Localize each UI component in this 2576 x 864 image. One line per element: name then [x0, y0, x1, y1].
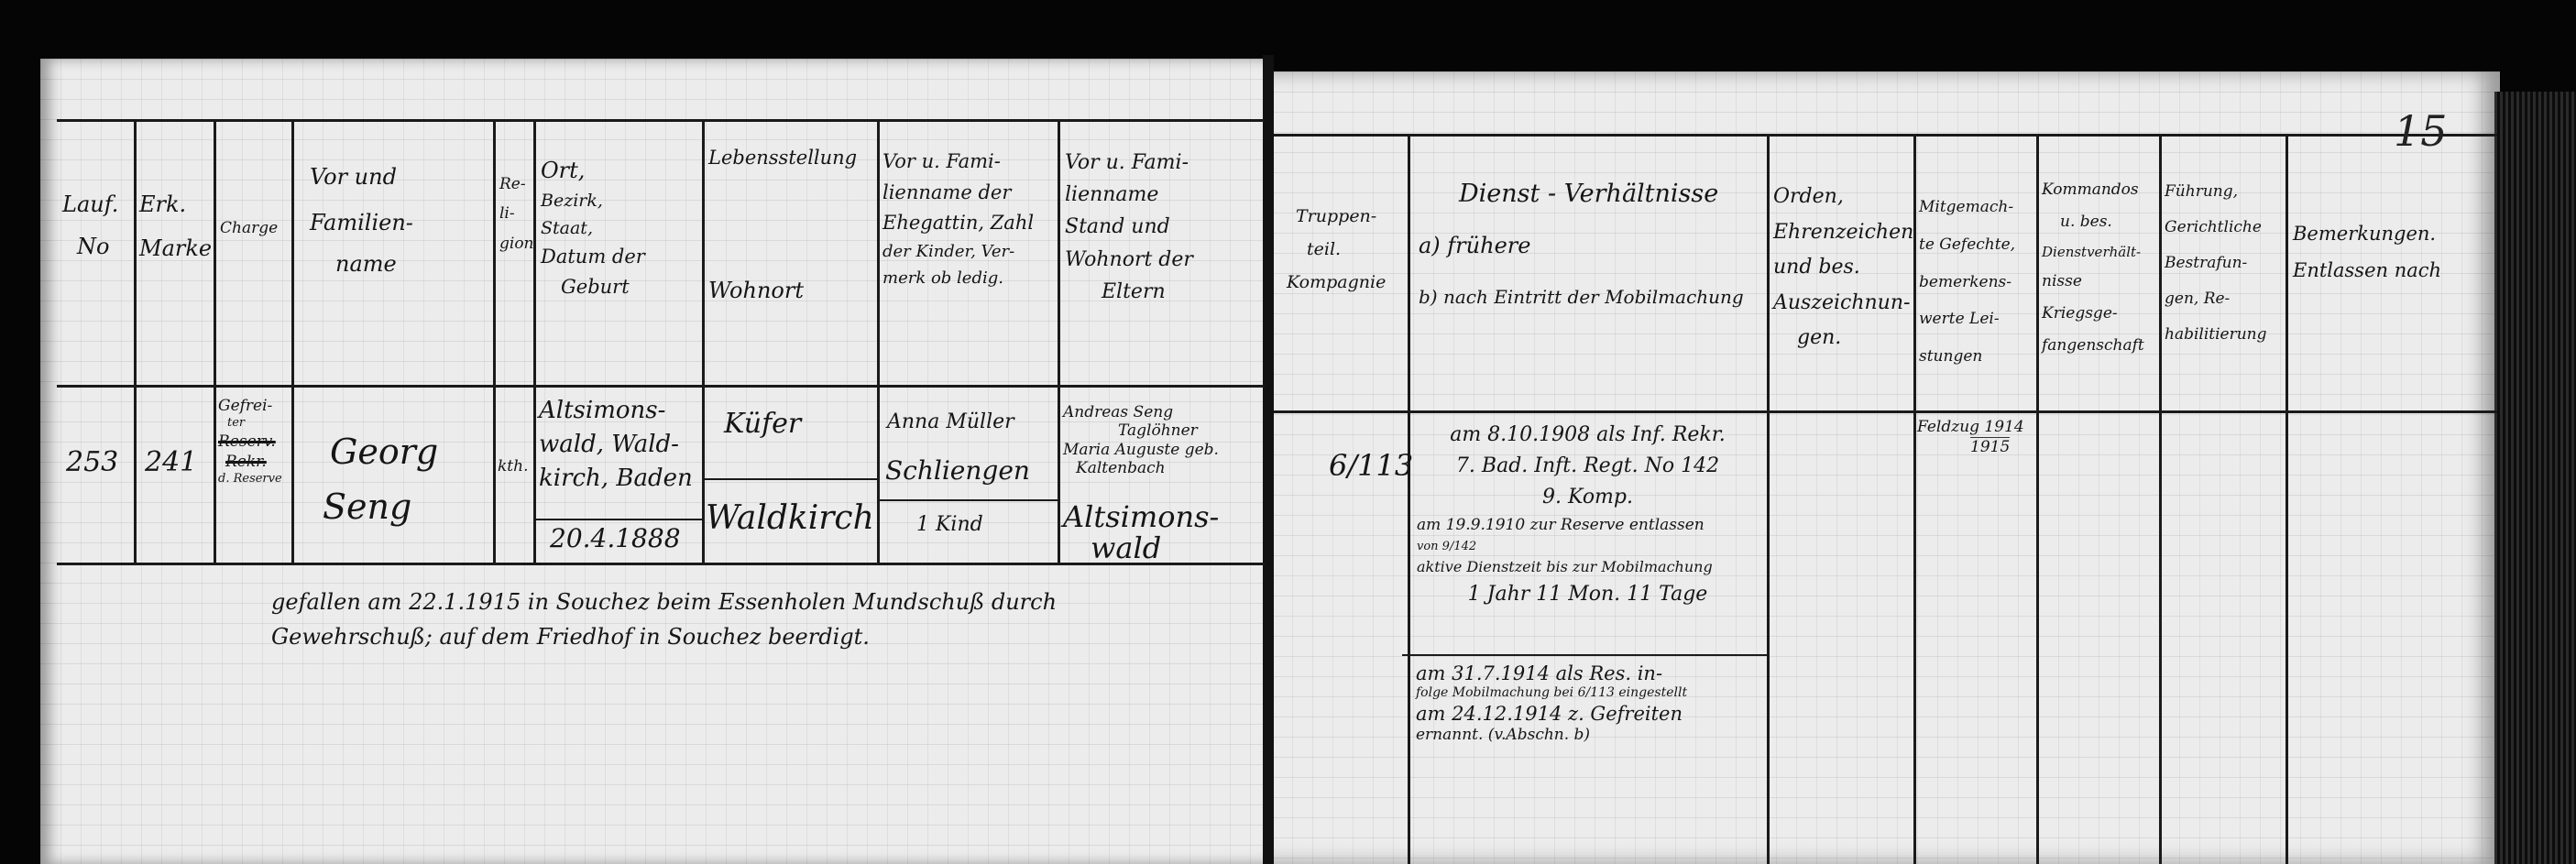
page-number: 15 [2394, 106, 2448, 156]
dienst-split-rule [1402, 654, 1769, 656]
entry-religion: kth. [498, 458, 529, 476]
header-name: Vor und Familien- name [310, 165, 413, 278]
residence-rule [702, 478, 877, 480]
col-divider [1767, 134, 1770, 864]
birth-date-rule [533, 519, 702, 520]
col-divider [134, 119, 137, 563]
entry-spouse-place: Schliengen [885, 456, 1030, 486]
left-header-bottom-rule [57, 385, 1265, 388]
col-divider [1408, 134, 1410, 864]
entry-death-remark: gefallen am 22.1.1915 in Souchez beim Es… [271, 585, 1057, 655]
header-birth: Ort, Bezirk, Staat, Datum der Geburt [541, 154, 645, 301]
col-divider [291, 119, 294, 563]
header-kommando: Kommandos u. bes. Dienstverhält- nisse K… [2042, 174, 2144, 362]
entry-children: 1 Kind [916, 513, 983, 536]
header-lfd-nr: Lauf. No [62, 192, 118, 259]
entry-truppenteil: 6/113 [1329, 449, 1413, 483]
entry-residence: Waldkirch [706, 499, 874, 537]
right-header-top-rule [1274, 134, 2497, 137]
col-divider [2286, 134, 2288, 864]
entry-dienst-frueher: am 8.10.1908 als Inf. Rekr. 7. Bad. Inft… [1411, 420, 1764, 610]
header-dienst: Dienst - Verhältnisse a) frühere b) nach… [1419, 180, 1744, 308]
right-header-bottom-rule [1274, 410, 2497, 413]
col-divider [1058, 119, 1060, 563]
entry-first-name: Georg [330, 432, 438, 473]
entry-parents-residence: Altsimons- wald [1063, 502, 1219, 563]
header-truppenteil: Truppen- teil. Kompagnie [1287, 200, 1386, 299]
entry-birth-date: 20.4.1888 [550, 524, 681, 553]
entry-feldzuege: Feldzug 1914 1915 [1917, 418, 2024, 458]
header-religion: Re- li- gion [499, 170, 534, 258]
col-divider [2159, 134, 2162, 864]
children-rule [877, 499, 1058, 501]
entry-occupation: Küfer [724, 409, 801, 441]
entry-parents: Andreas Seng Taglöhner Maria Auguste geb… [1063, 403, 1219, 478]
entry-erk-marke: 241 [145, 447, 197, 479]
col-divider [1913, 134, 1916, 864]
col-divider [2036, 134, 2039, 864]
entry-charge: Gefrei- ter Reserv. Rekr. d. Reserve [218, 396, 282, 487]
col-divider [702, 119, 705, 563]
header-parents: Vor u. Fami- lienname Stand und Wohnort … [1065, 147, 1193, 308]
entry-lfd-nr: 253 [66, 447, 118, 479]
book-gutter [1263, 55, 1274, 864]
header-bemerkungen: Bemerkungen. Entlassen nach [2293, 216, 2441, 290]
header-fuehrung: Führung, Gerichtliche Bestrafun- gen, Re… [2165, 174, 2267, 353]
entry-dienst-mobil: am 31.7.1914 als Res. in- folge Mobilmac… [1416, 662, 1687, 745]
col-divider [493, 119, 496, 563]
entry-last-name: Seng [323, 487, 411, 528]
header-occupation: Lebensstellung Wohnort [708, 147, 857, 304]
entry-birth-place: Altsimons- wald, Wald- kirch, Baden [539, 394, 693, 496]
header-feldzuege: Mitgemach- te Gefechte, bemerkens- werte… [1919, 189, 2015, 376]
book-page-edges [2494, 92, 2576, 864]
left-header-top-rule [57, 119, 1265, 122]
col-divider [214, 119, 216, 563]
header-charge: Charge [220, 220, 278, 238]
header-spouse: Vor u. Fami- lienname der Ehegattin, Zah… [882, 147, 1034, 291]
entry-spouse-name: Anna Müller [887, 410, 1014, 433]
col-divider [877, 119, 880, 563]
header-orden: Orden, Ehrenzeichen und bes. Auszeichnun… [1773, 180, 1913, 356]
header-erk-marke: Erk. Marke [139, 192, 212, 261]
